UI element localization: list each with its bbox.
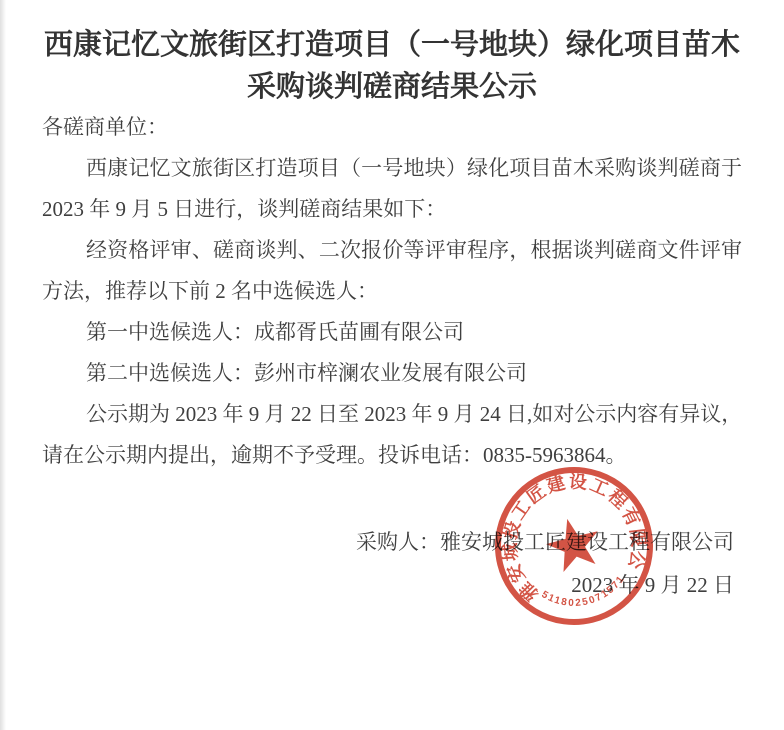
body-line: 2023 年 9 月 5 日进行，谈判磋商结果如下：: [42, 189, 742, 230]
body-line-salutation: 各磋商单位：: [42, 107, 742, 148]
body-line: 经资格评审、磋商谈判、二次报价等评审程序，根据谈判磋商文件评审: [42, 230, 742, 271]
body-line: 请在公示期内提出，逾期不予受理。投诉电话：0835-5963864。: [42, 435, 742, 476]
page-title-line-2: 采购谈判磋商结果公示: [20, 66, 764, 108]
document-body: 各磋商单位： 西康记忆文旅街区打造项目（一号地块）绿化项目苗木采购谈判磋商于 2…: [42, 107, 742, 476]
signature-buyer: 采购人：雅安城投工匠建设工程有限公司: [0, 521, 734, 564]
body-line: 西康记忆文旅街区打造项目（一号地块）绿化项目苗木采购谈判磋商于: [42, 148, 742, 189]
body-line: 公示期为 2023 年 9 月 22 日至 2023 年 9 月 24 日,如对…: [42, 394, 742, 435]
body-line-candidate-1: 第一中选候选人：成都胥氏苗圃有限公司: [42, 312, 742, 353]
page-title: 西康记忆文旅街区打造项目（一号地块）绿化项目苗木 采购谈判磋商结果公示: [20, 24, 764, 108]
signature-date: 2023 年 9 月 22 日: [0, 564, 734, 607]
document-page: 西康记忆文旅街区打造项目（一号地块）绿化项目苗木 采购谈判磋商结果公示 各磋商单…: [0, 0, 784, 730]
body-line-candidate-2: 第二中选候选人：彭州市梓澜农业发展有限公司: [42, 353, 742, 394]
body-line: 方法，推荐以下前 2 名中选候选人：: [42, 271, 742, 312]
signature-block: 采购人：雅安城投工匠建设工程有限公司 2023 年 9 月 22 日: [0, 521, 734, 607]
page-title-line-1: 西康记忆文旅街区打造项目（一号地块）绿化项目苗木: [20, 24, 764, 66]
